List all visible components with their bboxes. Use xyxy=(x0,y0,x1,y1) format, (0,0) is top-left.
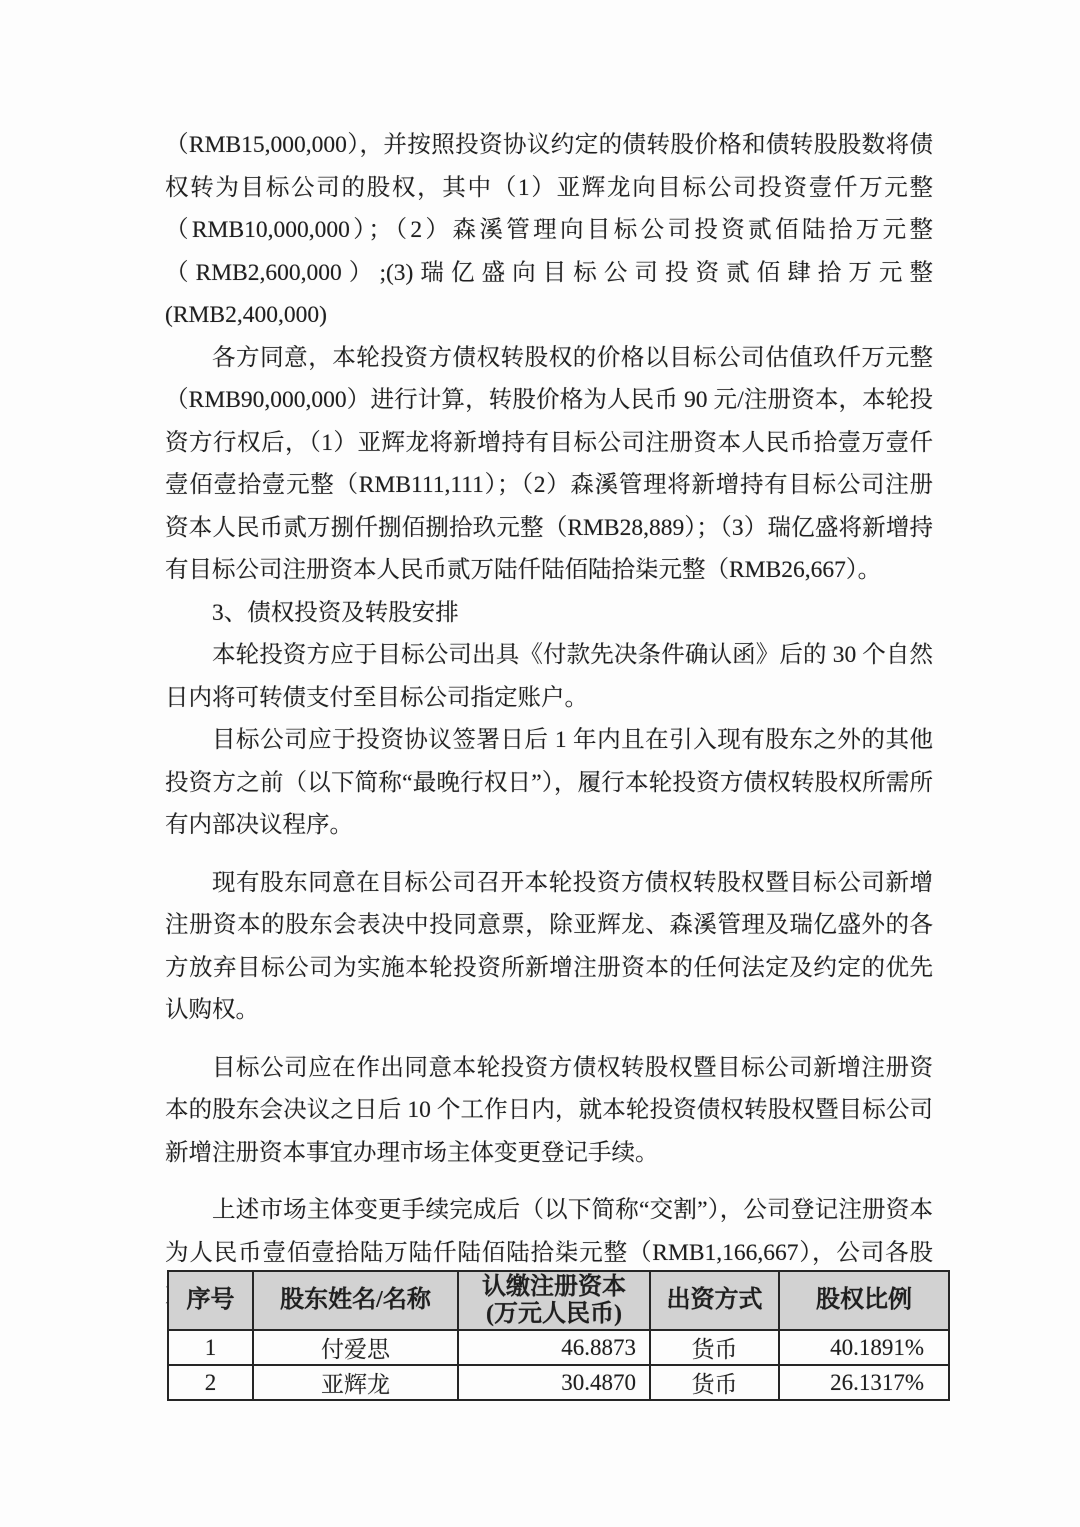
cell-shareholder-name: 付爱思 xyxy=(253,1330,458,1365)
column-header-equity-ratio: 股权比例 xyxy=(779,1271,949,1330)
cell-serial: 1 xyxy=(168,1330,253,1365)
column-header-contribution-method: 出资方式 xyxy=(650,1271,779,1330)
column-header-serial: 序号 xyxy=(168,1271,253,1330)
paragraph-3: 本轮投资方应于目标公司出具《付款先决条件确认函》后的 30 个自然日内将可转债支… xyxy=(165,634,933,719)
cell-subscribed-capital: 46.8873 xyxy=(458,1330,650,1365)
cell-subscribed-capital: 30.4870 xyxy=(458,1365,650,1400)
shareholder-table: 序号 股东姓名/名称 认缴注册资本 (万元人民币) 出资方式 股权比例 1 付爱… xyxy=(167,1270,950,1401)
column-header-shareholder-name: 股东姓名/名称 xyxy=(253,1271,458,1330)
paragraph-2: 各方同意，本轮投资方债权转股权的价格以目标公司估值玖仟万元整（RMB90,000… xyxy=(165,337,933,592)
column-header-subscribed-capital: 认缴注册资本 (万元人民币) xyxy=(458,1271,650,1330)
cell-equity-ratio: 40.1891% xyxy=(779,1330,949,1365)
table-row: 1 付爱思 46.8873 货币 40.1891% xyxy=(168,1330,949,1365)
document-body: （RMB15,000,000），并按照投资协议约定的债转股价格和债转股股数将债权… xyxy=(165,124,933,1317)
paragraph-4: 目标公司应于投资协议签署日后 1 年内且在引入现有股东之外的其他投资方之前（以下… xyxy=(165,719,933,847)
cell-serial: 2 xyxy=(168,1365,253,1400)
section-heading: 3、债权投资及转股安排 xyxy=(165,592,933,635)
cell-contribution-method: 货币 xyxy=(650,1365,779,1400)
cell-contribution-method: 货币 xyxy=(650,1330,779,1365)
paragraph-1: （RMB15,000,000），并按照投资协议约定的债转股价格和债转股股数将债权… xyxy=(165,124,933,337)
table-row: 2 亚辉龙 30.4870 货币 26.1317% xyxy=(168,1365,949,1400)
cell-equity-ratio: 26.1317% xyxy=(779,1365,949,1400)
table-header-row: 序号 股东姓名/名称 认缴注册资本 (万元人民币) 出资方式 股权比例 xyxy=(168,1271,949,1330)
paragraph-6: 目标公司应在作出同意本轮投资方债权转股权暨目标公司新增注册资本的股东会决议之日后… xyxy=(165,1047,933,1175)
cell-shareholder-name: 亚辉龙 xyxy=(253,1365,458,1400)
document-page: （RMB15,000,000），并按照投资协议约定的债转股价格和债转股股数将债权… xyxy=(0,0,1080,1527)
paragraph-5: 现有股东同意在目标公司召开本轮投资方债权转股权暨目标公司新增注册资本的股东会表决… xyxy=(165,862,933,1032)
